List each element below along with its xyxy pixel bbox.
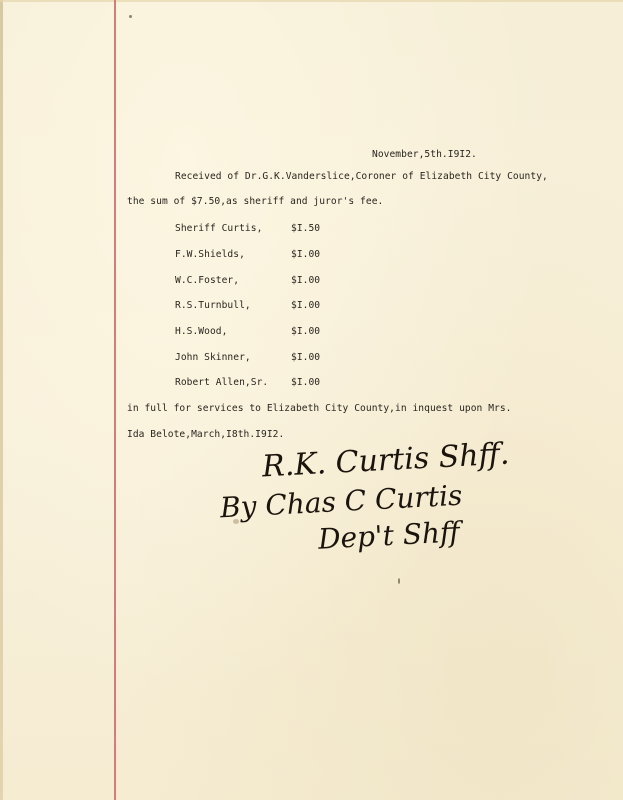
payee-amount: $I.00	[291, 327, 320, 337]
paper-edge-left	[0, 0, 3, 800]
payee-amount: $I.00	[291, 378, 320, 388]
body-line-1: Received of Dr.G.K.Vanderslice,Coroner o…	[175, 172, 548, 182]
payee-name: Robert Allen,Sr.	[175, 378, 268, 388]
payee-amount: $I.00	[291, 301, 320, 311]
payee-amount: $I.00	[291, 250, 320, 260]
closing-line-2: Ida Belote,March,I8th.I9I2.	[127, 430, 284, 440]
ink-smudge	[233, 519, 239, 524]
paper-edge-top	[0, 0, 623, 2]
paper-background	[0, 0, 623, 800]
payee-name: H.S.Wood,	[175, 327, 227, 337]
signature-line-3: Dep't Shff	[317, 518, 460, 553]
payee-amount: $I.00	[291, 276, 320, 286]
payee-name: Sheriff Curtis,	[175, 224, 262, 234]
payee-amount: $I.00	[291, 353, 320, 363]
payee-name: John Skinner,	[175, 353, 251, 363]
paper-speck	[129, 15, 132, 18]
body-line-2: the sum of $7.50,as sheriff and juror's …	[127, 197, 383, 207]
red-margin-line	[114, 0, 116, 800]
closing-line-1: in full for services to Elizabeth City C…	[127, 404, 512, 414]
payee-amount: $I.50	[291, 224, 320, 234]
ink-mark	[398, 578, 400, 584]
payee-name: R.S.Turnbull,	[175, 301, 251, 311]
payee-name: W.C.Foster,	[175, 276, 239, 286]
document-date: November,5th.I9I2.	[372, 150, 477, 160]
payee-name: F.W.Shields,	[175, 250, 245, 260]
